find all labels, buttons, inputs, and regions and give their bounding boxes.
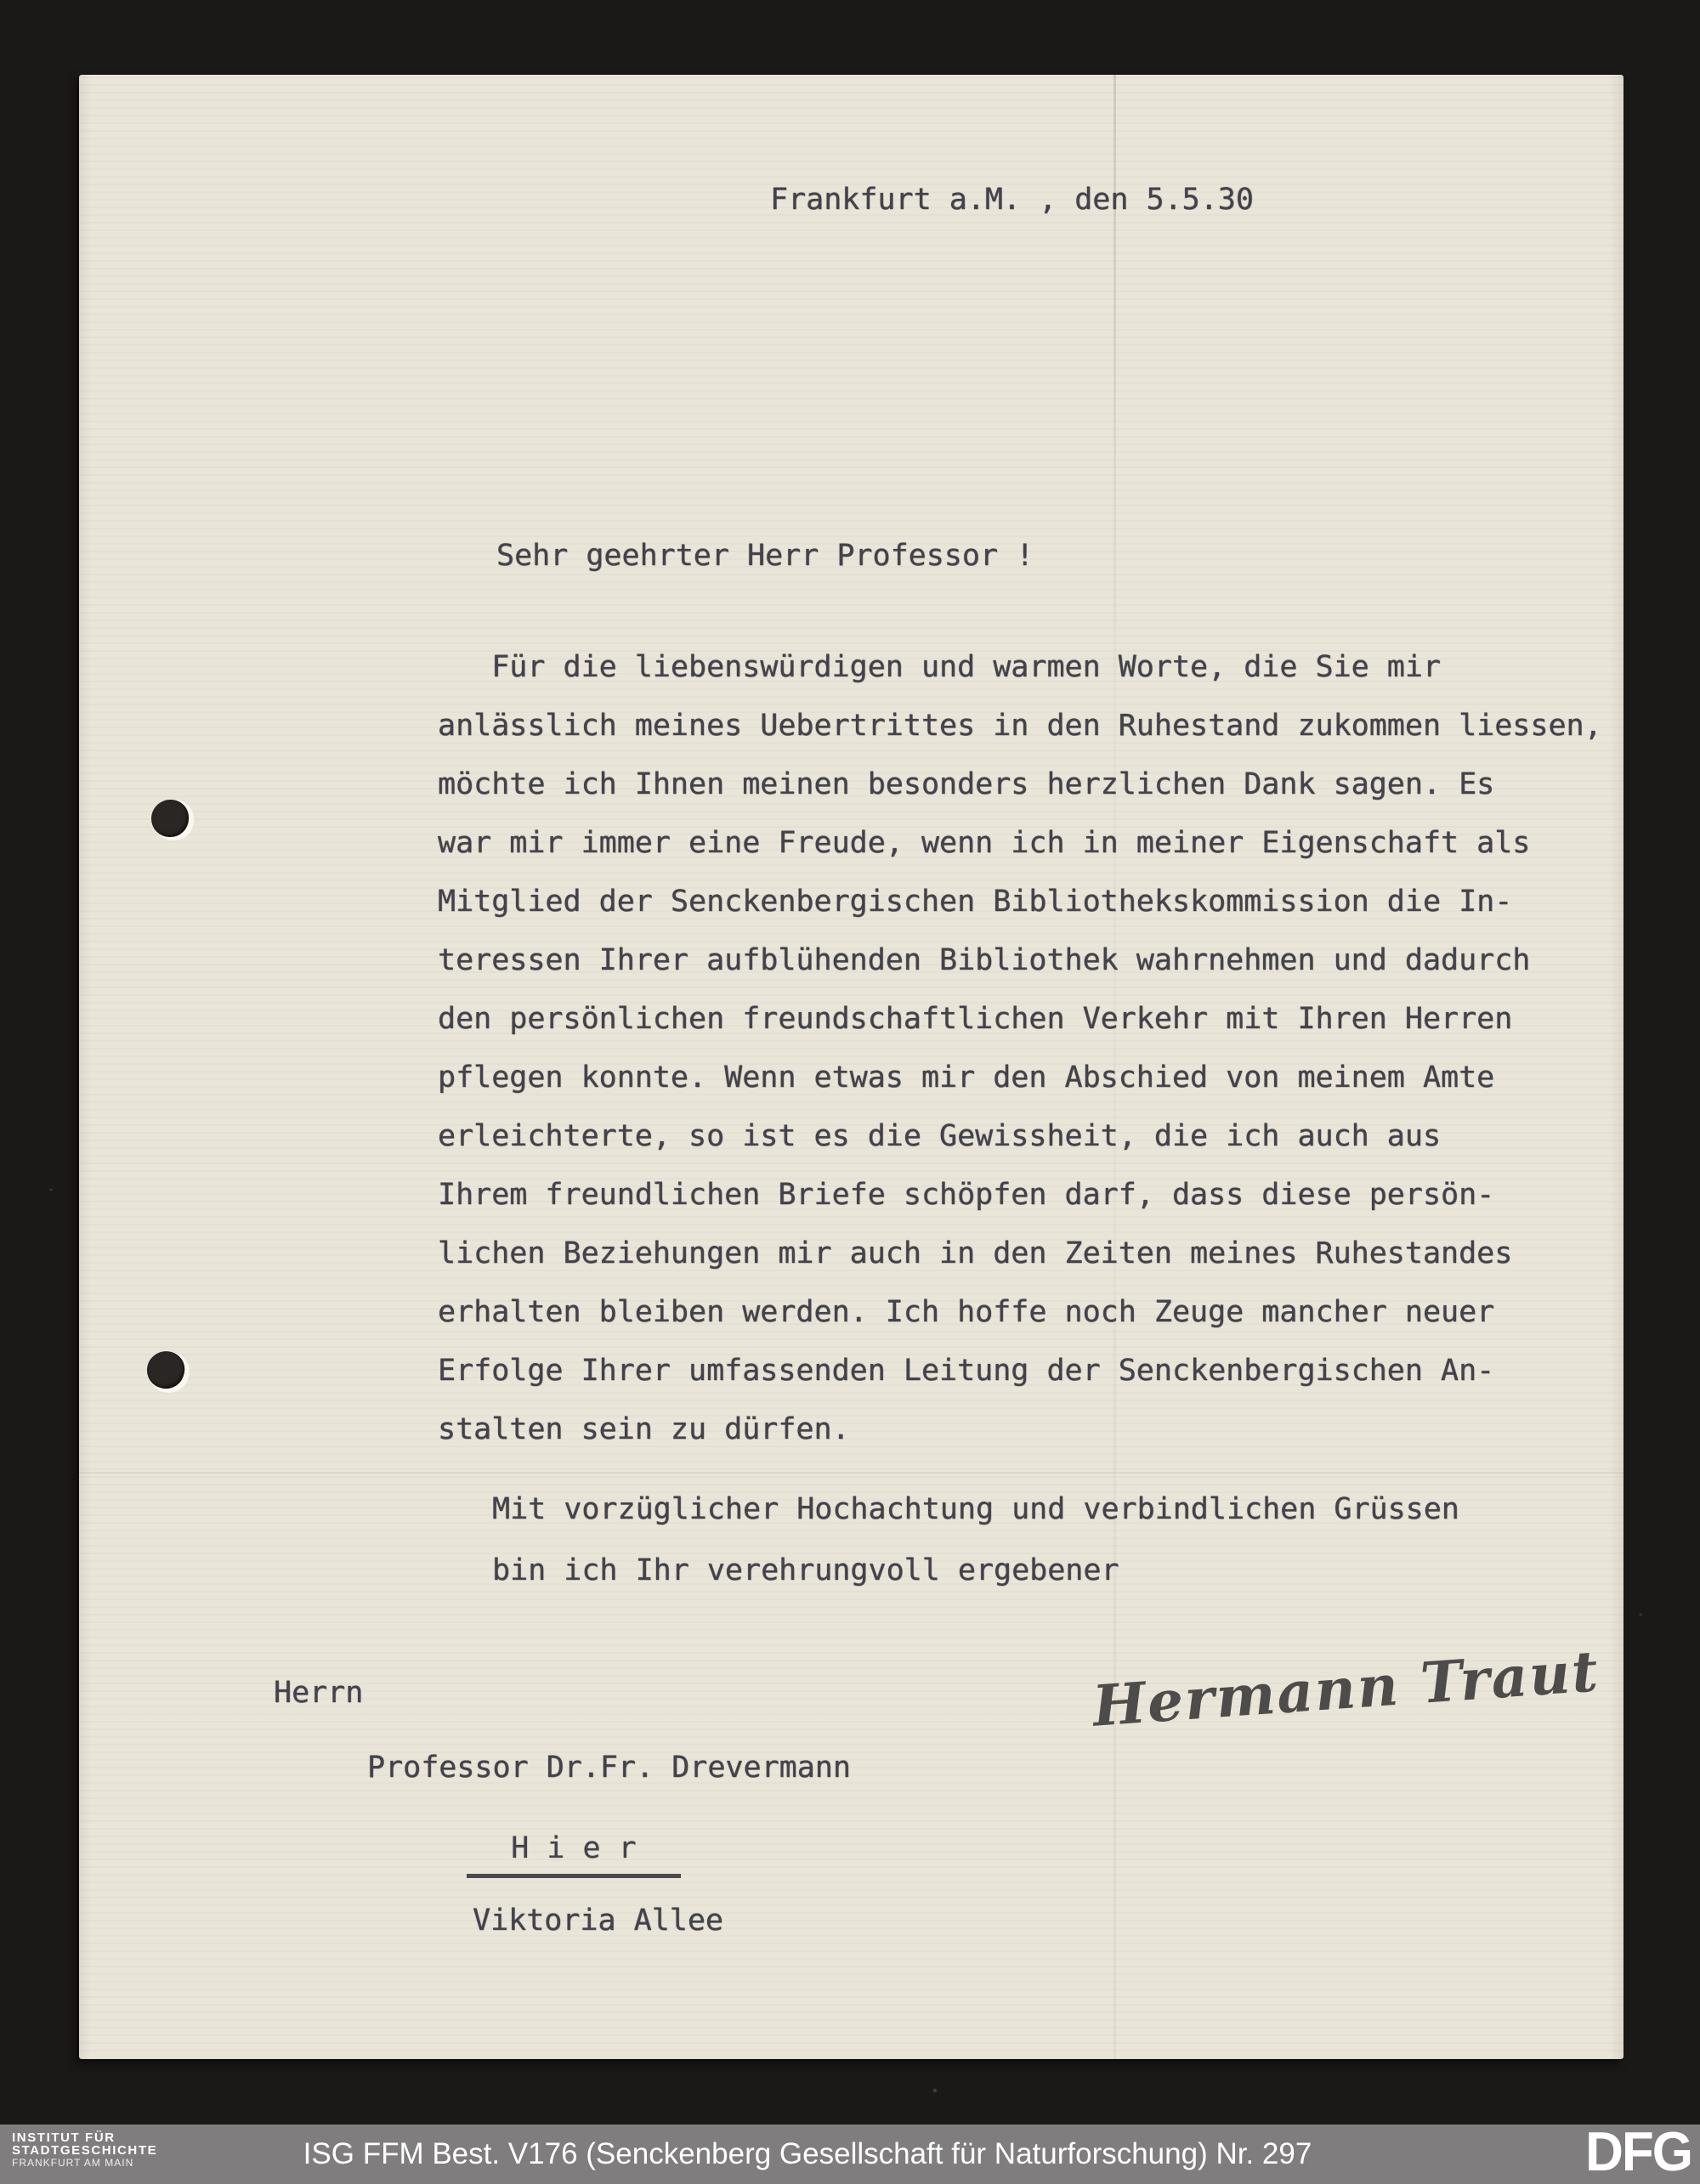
recipient-street: Viktoria Allee — [473, 1904, 723, 1938]
dateline: Frankfurt a.M. , den 5.5.30 — [770, 183, 1254, 217]
recipient-city-underlined: H i e r — [467, 1831, 681, 1878]
punch-hole-top — [151, 800, 189, 837]
recipient-name: Professor Dr.Fr. Drevermann — [367, 1751, 851, 1785]
recipient-salutation: Herrn — [274, 1676, 363, 1710]
salutation: Sehr geehrter Herr Professor ! — [496, 539, 1034, 573]
archive-reference-label: ISG FFM Best. V176 (Senckenberg Gesellsc… — [102, 2125, 1513, 2184]
recipient-city-text: H i e r — [511, 1831, 637, 1865]
scanned-letter-page: Frankfurt a.M. , den 5.5.30 Sehr geehrte… — [0, 0, 1700, 2184]
closing-lines: Mit vorzüglicher Hochachtung und verbind… — [492, 1479, 1459, 1601]
letter-body: Für die liebenswürdigen und warmen Worte… — [438, 638, 1602, 1459]
dfg-logo: DFG — [1585, 2122, 1691, 2184]
